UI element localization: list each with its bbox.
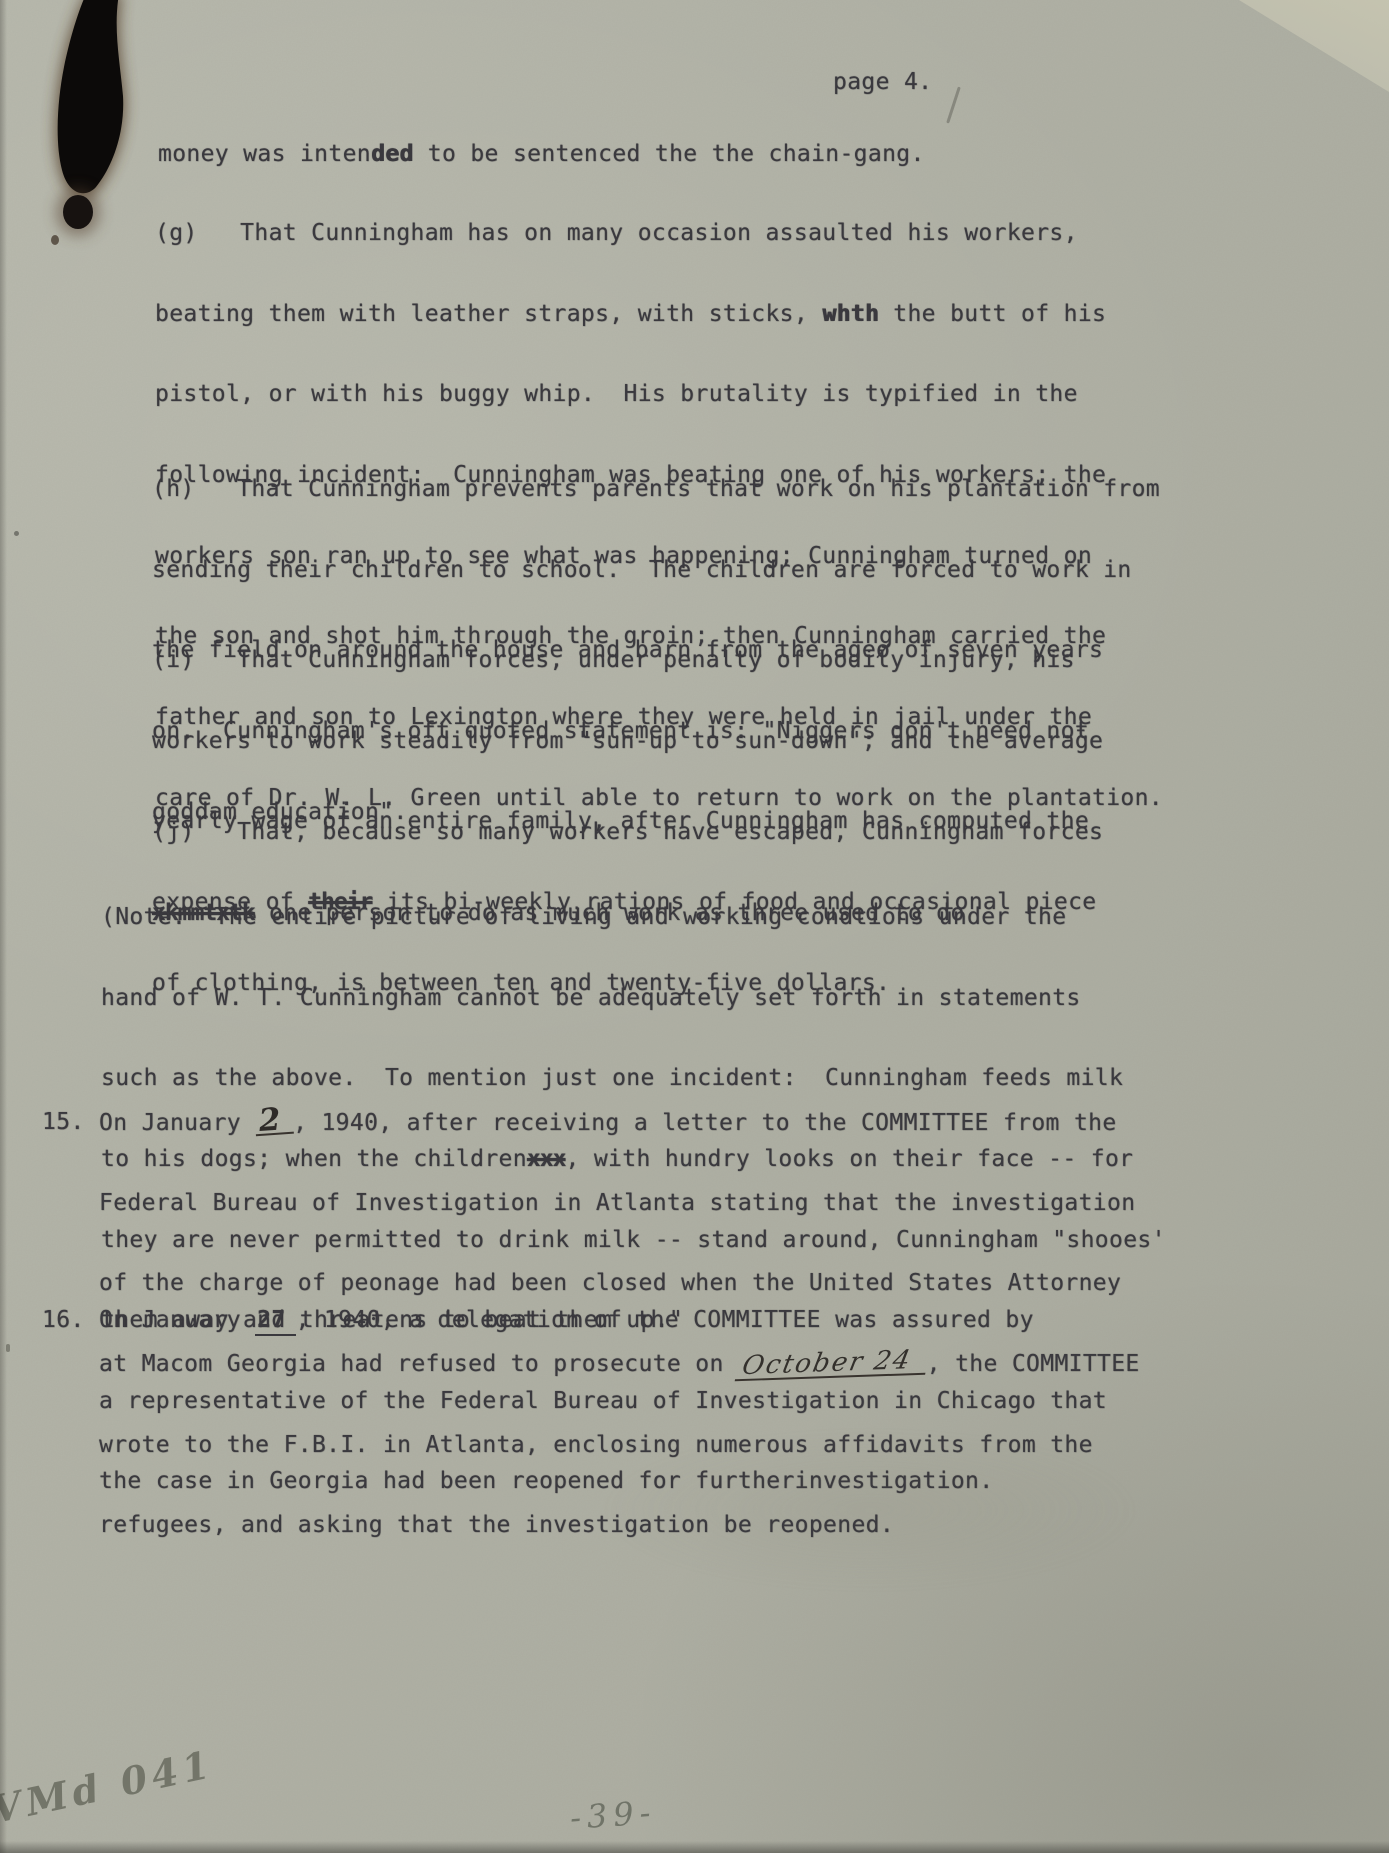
pencil-page-number: -39- xyxy=(569,1793,658,1837)
item-15-number: 15. xyxy=(42,1056,99,1189)
page-edge-shadow-bottom xyxy=(0,1841,1389,1853)
text-line: money was intended to be sentenced the t… xyxy=(158,140,925,169)
text-line: a representative of the Federal Bureau o… xyxy=(99,1387,1107,1416)
overstrike-text: whth xyxy=(822,301,879,327)
text-line: Federal Bureau of Investigation in Atlan… xyxy=(99,1189,1140,1218)
text-line: beating them with leather straps, with s… xyxy=(155,300,1163,329)
pencil-stray-mark xyxy=(946,87,960,124)
text-line: pistol, or with his buggy whip. His brut… xyxy=(155,380,1163,409)
text-line: (h) That Cunningham prevents parents tha… xyxy=(152,475,1160,504)
text-line: hand of W. T. Cunningham cannot be adequ… xyxy=(101,984,1166,1013)
page-corner-fold xyxy=(1239,0,1389,92)
overstrike-text: ded xyxy=(371,141,414,167)
text-line: 16. xyxy=(42,1306,99,1335)
ink-speck xyxy=(14,531,19,536)
text-line: (i) That Cunningham forces, under penalt… xyxy=(152,646,1103,675)
page-edge-shadow-left xyxy=(0,0,7,1853)
pencil-annotation-code: VMd 041 xyxy=(0,1741,218,1832)
item-16-number: 16. xyxy=(42,1254,99,1387)
underlined-date: 27 xyxy=(255,1307,295,1336)
handwritten-date: 2 xyxy=(254,1107,294,1137)
text-line: On January 2, 1940, after receiving a le… xyxy=(99,1108,1140,1137)
text-line: sending their children to school. The ch… xyxy=(152,556,1160,585)
text-line: the case in Georgia had been reopened fo… xyxy=(99,1467,1107,1496)
scanned-page: page 4. money was intended to be sentenc… xyxy=(0,0,1389,1853)
text-line: (g) That Cunningham has on many occasion… xyxy=(155,219,1163,248)
item-16: On January 27, 1940, a delegation of the… xyxy=(99,1254,1107,1548)
text-line: On January 27, 1940, a delegation of the… xyxy=(99,1306,1107,1335)
text-line: (j) That, because so many workers have e… xyxy=(152,818,1103,847)
text-line: 15. xyxy=(42,1108,99,1137)
text-line: (Note: The entire picture of living and … xyxy=(101,903,1166,932)
text-line: workers to work steadily from "sun-up to… xyxy=(152,727,1103,756)
